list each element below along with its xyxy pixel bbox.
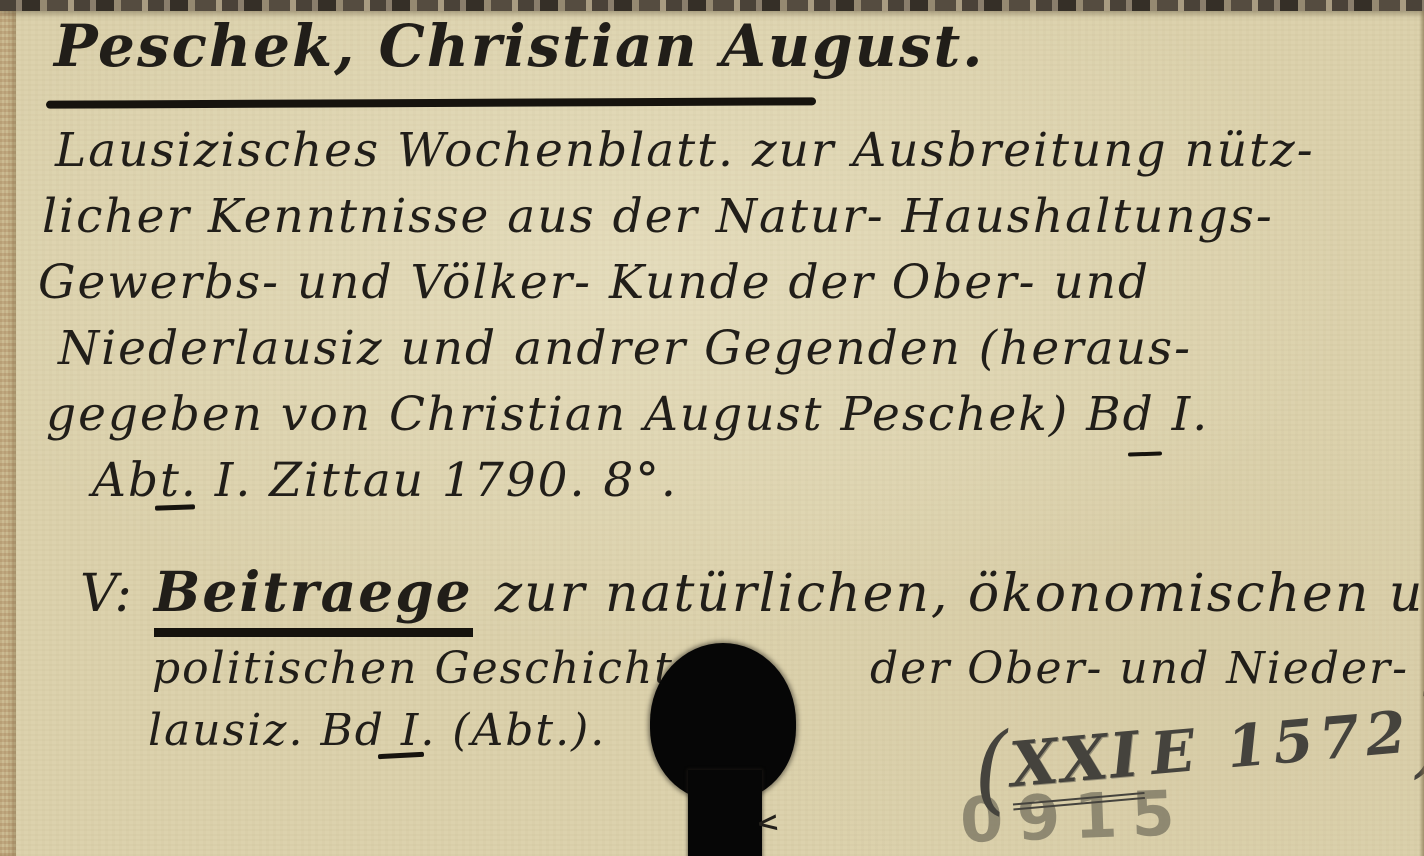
scan-left-edge [0,0,16,856]
entry-line: gegeben von Christian August Peschek) Bd… [46,382,1424,448]
scan-top-edge [0,0,1424,11]
check-mark: < [754,805,781,840]
shelfmark-class-numeral: XXI [1007,717,1145,810]
entry-line: Lausizisches Wochenblatt. zur Ausbreitun… [55,118,1424,184]
shelfmark-code: E 1572 [1148,698,1415,789]
catalog-card: Peschek, Christian August. Lausizisches … [0,0,1424,856]
entry-line: Abt. I. Zittau 1790. 8°. [92,448,1424,514]
reference-line: V:Beitraegezur natürlichen, ökonomischen… [80,546,1424,638]
reference-line2-left: politischen Geschichte [152,643,702,694]
entry-line: licher Kenntnisse aus der Natur- Haushal… [42,184,1424,250]
reference-title-word: Beitraege [154,559,473,637]
heading-underline-stroke [46,97,816,108]
card-heading: Peschek, Christian August. [54,12,984,80]
bibliographic-entry: Lausizisches Wochenblatt. zur Ausbreitun… [0,118,1424,514]
reference-prefix: V: [80,564,134,624]
punch-hole-slot [688,770,762,856]
reference-line-rest: zur natürlichen, ökonomischen und [495,564,1424,624]
scan-right-edge [1419,0,1424,856]
entry-line: Niederlausiz und andrer Gegenden (heraus… [58,316,1424,382]
entry-line: Gewerbs- und Völker- Kunde der Ober- und [38,250,1424,316]
